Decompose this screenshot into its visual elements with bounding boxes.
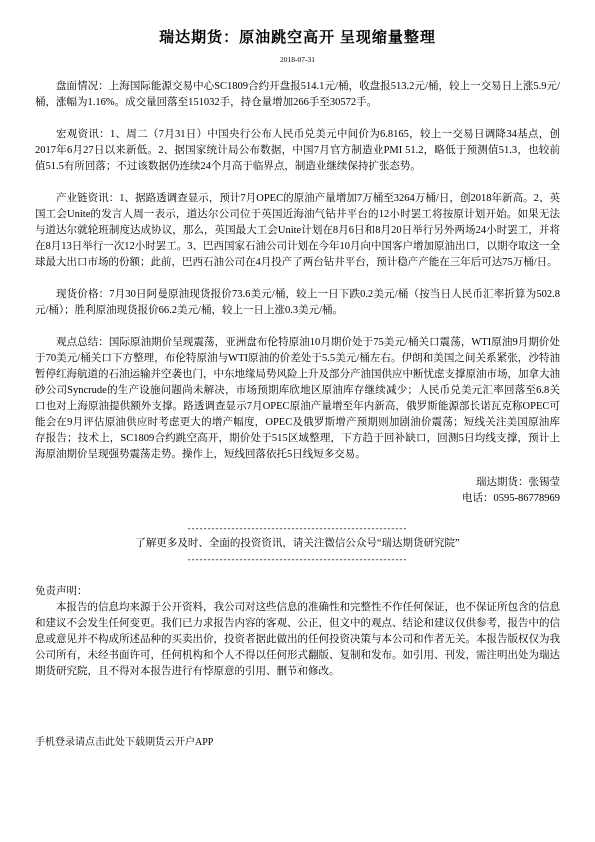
report-body: 盘面情况：上海国际能源交易中心SC1809合约开盘报514.1元/桶，收盘报51… [35,79,560,463]
signature-phone: 电话：0595-86778969 [35,491,560,507]
image-placeholder [296,663,301,668]
report-date: 2018-07-31 [35,55,560,65]
divider-top: ----------------------------------------… [35,521,560,536]
signature-block: 瑞达期货：张锡莹 电话：0595-86778969 [35,475,560,507]
report-title: 瑞达期货：原油跳空高开 呈现缩量整理 [35,28,560,48]
report-page: 瑞达期货：原油跳空高开 呈现缩量整理 2018-07-31 盘面情况：上海国际能… [0,0,595,842]
wechat-promo-text: 了解更多及时、全面的投资资讯，请关注微信公众号“瑞达期货研究院” [35,536,560,552]
paragraph-macro-news: 宏观资讯：1、周二（7月31日）中国央行公布人民币兑美元中间价为6.8165，较… [35,127,560,175]
app-download-link[interactable]: 手机登录请点击此处下载期货云开户APP [35,736,213,750]
paragraph-viewpoint-summary: 观点总结：国际原油期价呈现震荡，亚洲盘布伦特原油10月期价处于75美元/桶关口震… [35,335,560,463]
paragraph-spot-prices: 现货价格：7月30日阿曼原油现货报价73.6美元/桶，较上一日下跌0.2美元/桶… [35,287,560,319]
disclaimer-body: 本报告的信息均来源于公开资料，我公司对这些信息的准确性和完整性不作任何保证，也不… [35,600,560,680]
divider-bottom: ----------------------------------------… [35,552,560,567]
paragraph-market-overview: 盘面情况：上海国际能源交易中心SC1809合约开盘报514.1元/桶，收盘报51… [35,79,560,111]
disclaimer-heading: 免责声明： [35,584,560,600]
signature-author: 瑞达期货：张锡莹 [35,475,560,491]
paragraph-industry-news: 产业链资讯：1、据路透调查显示，预计7月OPEC的原油产量增加7万桶至3264万… [35,191,560,271]
promo-block: ----------------------------------------… [35,521,560,567]
